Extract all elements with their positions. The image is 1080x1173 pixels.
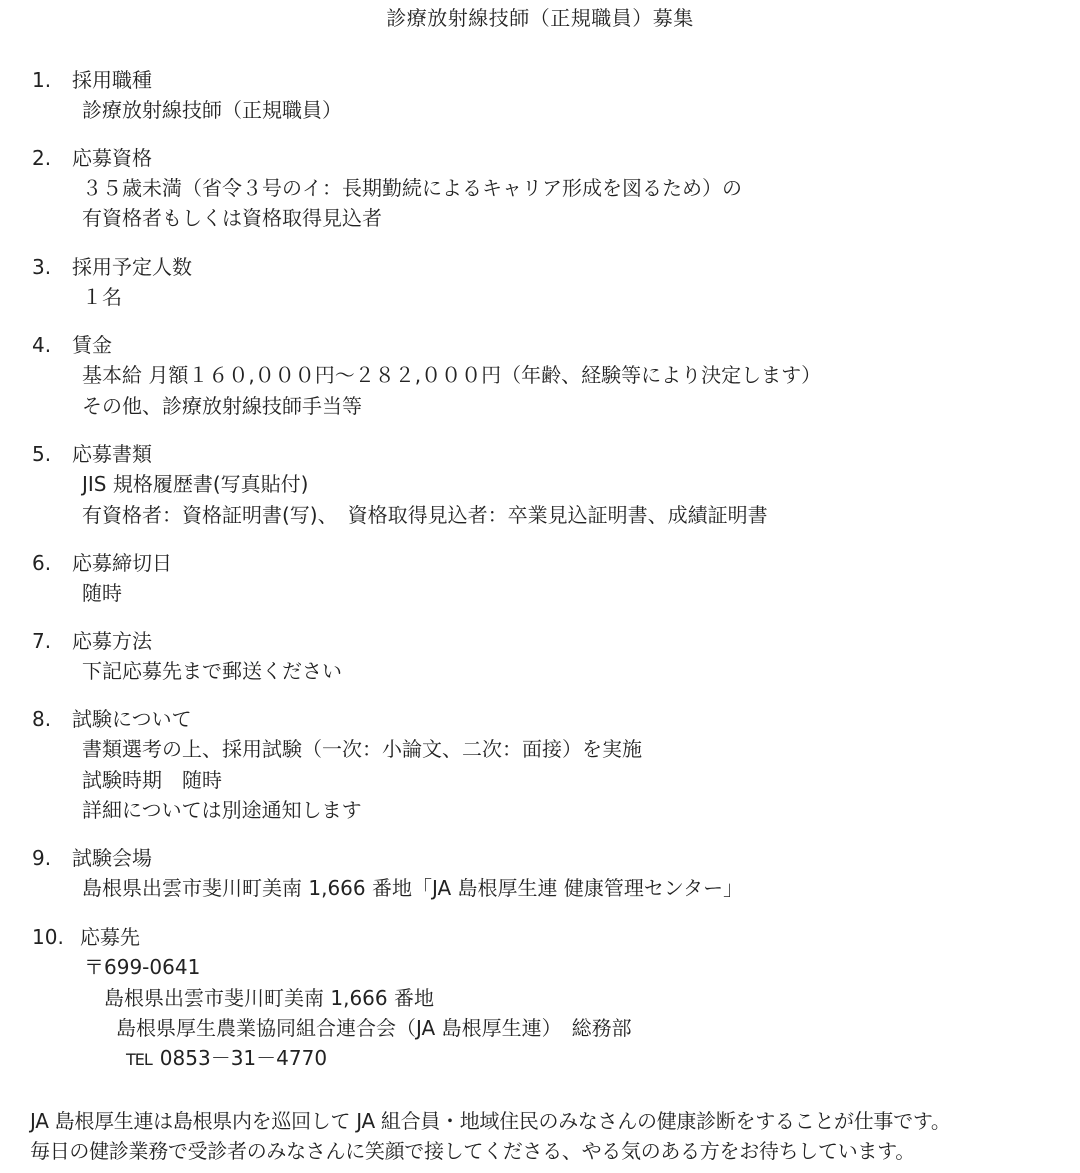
section-number: 4. (32, 331, 72, 359)
section-number: 5. (32, 440, 72, 468)
phone-number: 0853－31－4770 (160, 1046, 327, 1070)
section-5-line-1: JIS 規格履歴書(写真貼付) (82, 470, 308, 498)
section-7-heading: 7.応募方法 (32, 627, 152, 655)
tel-label: TEL (126, 1050, 152, 1069)
section-number: 7. (32, 627, 72, 655)
recipient-organization: 島根県厚生農業協同組合連合会（JA 島根厚生連） 総務部 (116, 1014, 632, 1042)
section-5-line-2: 有資格者：資格証明書(写)、 資格取得見込者：卒業見込証明書、成績証明書 (82, 501, 768, 529)
section-heading: 応募方法 (72, 629, 152, 653)
section-9-line-1: 島根県出雲市斐川町美南 1,666 番地「JA 島根厚生連 健康管理センター」 (82, 874, 743, 902)
section-10-heading: 10.応募先 (32, 923, 140, 951)
section-6-heading: 6.応募締切日 (32, 549, 172, 577)
section-number: 2. (32, 144, 72, 172)
section-heading: 応募締切日 (72, 551, 172, 575)
section-number: 3. (32, 253, 72, 281)
footer-line-2: 毎日の健診業務で受診者のみなさんに笑顔で接してくださる、やる気のある方をお待ちし… (30, 1136, 915, 1166)
section-1-heading: 1.採用職種 (32, 66, 152, 94)
section-5-heading: 5.応募書類 (32, 440, 152, 468)
section-number: 9. (32, 844, 72, 872)
footer-line-1: JA 島根厚生連は島根県内を巡回して JA 組合員・地域住民のみなさんの健康診断… (30, 1106, 951, 1136)
section-1-line-1: 診療放射線技師（正規職員） (82, 96, 342, 124)
section-6-line-1: 随時 (82, 579, 122, 607)
section-3-line-1: １名 (82, 283, 122, 311)
section-number: 6. (32, 549, 72, 577)
section-2-line-2: 有資格者もしくは資格取得見込者 (82, 204, 382, 232)
section-8-line-3: 詳細については別途通知します (82, 796, 362, 824)
postal-code: 〒699-0641 (84, 953, 200, 981)
section-heading: 採用予定人数 (72, 255, 192, 279)
section-heading: 採用職種 (72, 68, 152, 92)
section-4-line-2: その他、診療放射線技師手当等 (82, 392, 362, 420)
section-heading: 応募書類 (72, 442, 152, 466)
page-title: 診療放射線技師（正規職員）募集 (0, 4, 1080, 32)
section-heading: 試験会場 (72, 846, 152, 870)
section-9-heading: 9.試験会場 (32, 844, 152, 872)
section-4-line-1: 基本給 月額１６０,０００円～２８２,０００円（年齢、経験等により決定します） (82, 361, 821, 389)
section-number: 8. (32, 705, 72, 733)
section-8-heading: 8.試験について (32, 705, 192, 733)
section-3-heading: 3.採用予定人数 (32, 253, 192, 281)
section-heading: 応募先 (80, 925, 140, 949)
section-number: 10. (32, 923, 80, 951)
section-number: 1. (32, 66, 72, 94)
recipient-phone: TEL0853－31－4770 (126, 1044, 327, 1074)
section-heading: 賃金 (72, 333, 112, 357)
section-4-heading: 4.賃金 (32, 331, 112, 359)
section-heading: 試験について (72, 707, 192, 731)
section-heading: 応募資格 (72, 146, 152, 170)
recipient-address: 島根県出雲市斐川町美南 1,666 番地 (104, 984, 434, 1012)
section-8-line-1: 書類選考の上、採用試験（一次：小論文、二次：面接）を実施 (82, 735, 642, 763)
section-2-line-1: ３５歳未満（省令３号のイ：長期勤続によるキャリア形成を図るため）の (82, 174, 742, 202)
section-2-heading: 2.応募資格 (32, 144, 152, 172)
section-7-line-1: 下記応募先まで郵送ください (82, 657, 342, 685)
section-8-line-2: 試験時期 随時 (82, 766, 222, 794)
